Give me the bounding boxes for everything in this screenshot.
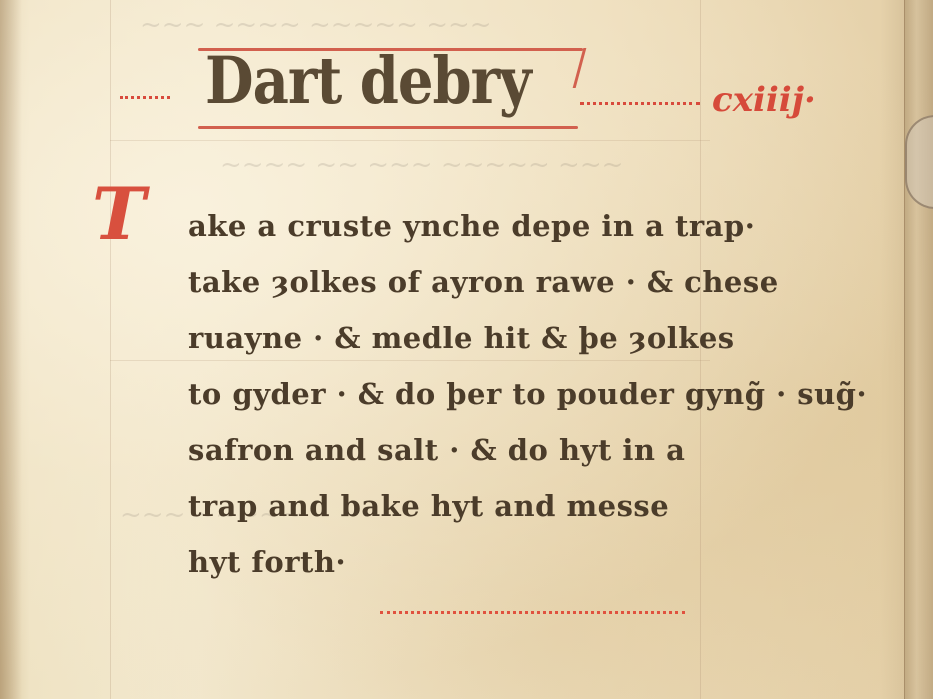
ruling-line: [110, 0, 111, 699]
text-line: hyt forth·: [188, 534, 867, 590]
page-tab: [905, 115, 933, 209]
recipe-text: ake a cruste ynche depe in a trap· take …: [188, 198, 867, 590]
rubric-line-filler: [380, 611, 685, 614]
title-frame-bottom: [198, 126, 578, 129]
text-line: to gyder · & do þer to pouder gyng̃ · su…: [188, 366, 867, 422]
page-gutter-fold: [904, 0, 933, 699]
rubricated-initial: T: [92, 178, 146, 250]
show-through-text: ~~~~ ~~ ~~~ ~~~~~ ~~~: [220, 150, 623, 180]
text-line: safron and salt · & do hyt in a: [188, 422, 867, 478]
text-line: take ȝolkes of ayron rawe · & chese: [188, 254, 867, 310]
text-line: trap and bake hyt and messe: [188, 478, 867, 534]
show-through-text: ~~~ ~~~~ ~~~~~ ~~~: [140, 10, 492, 40]
recipe-title: Dart debry: [205, 43, 531, 119]
rubric-line-filler: [120, 96, 170, 99]
folio-number: cxiiij·: [712, 80, 816, 120]
text-line: ake a cruste ynche depe in a trap·: [188, 198, 867, 254]
rubric-line-filler: [580, 102, 700, 105]
ruling-line: [110, 140, 710, 141]
page-left-edge: [0, 0, 22, 699]
text-line: ruayne · & medle hit & þe ȝolkes: [188, 310, 867, 366]
